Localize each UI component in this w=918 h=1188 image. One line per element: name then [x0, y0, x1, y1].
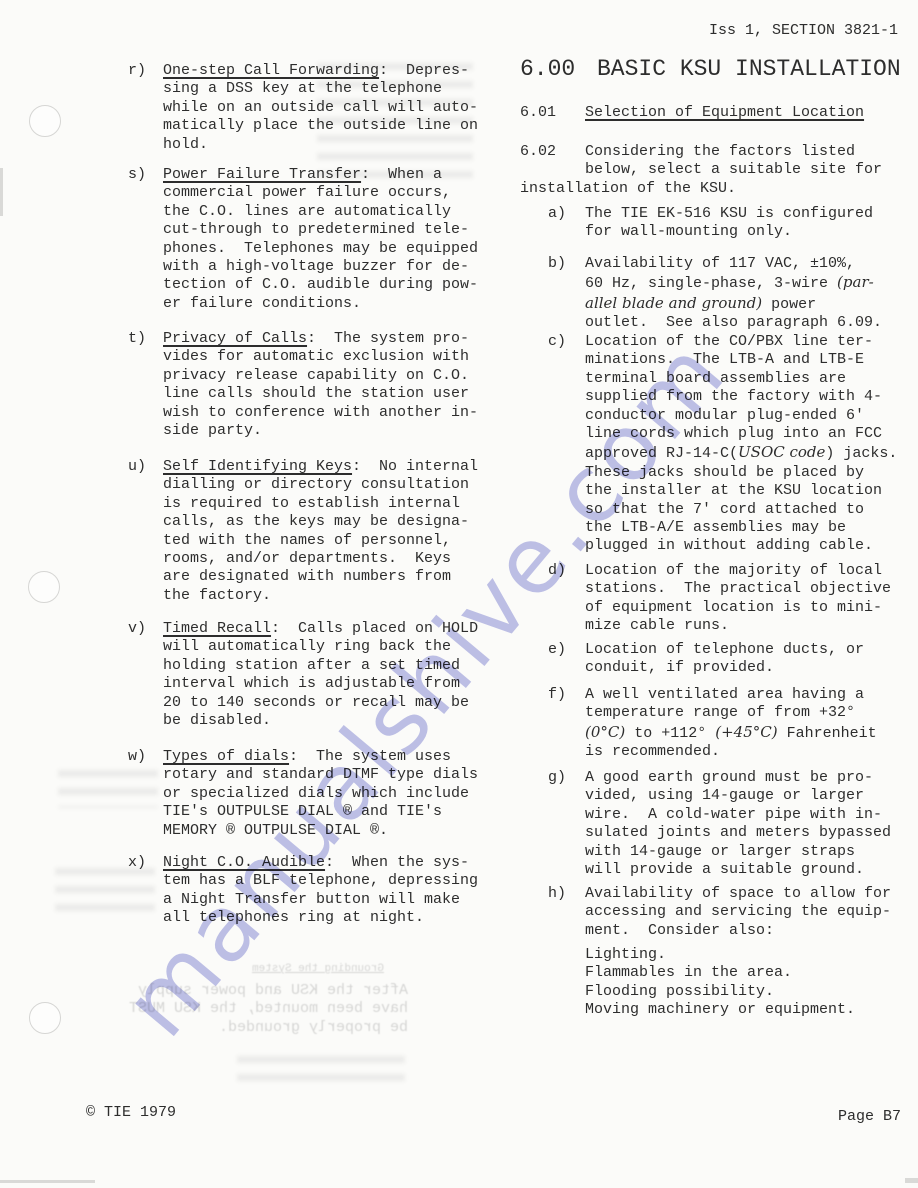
scan-edge-artifact	[0, 168, 3, 216]
text-line: outlet. See also paragraph 6.09.	[585, 314, 882, 332]
text-line: tection of C.O. audible during pow-	[163, 276, 478, 294]
text-line: Flammables in the area.	[585, 964, 855, 982]
paragraph-602: 6.02Considering the factors listed below…	[520, 143, 882, 198]
scan-edge-artifact	[905, 1178, 918, 1183]
text-line: accessing and servicing the equip-	[585, 903, 891, 921]
consider-list: Lighting.Flammables in the area.Flooding…	[585, 946, 855, 1020]
list-item-r: r) One-step Call Forwarding: Depres- sin…	[128, 62, 478, 154]
item-first-line: Power Failure Transfer: When a	[163, 166, 478, 184]
text-line: hold.	[163, 136, 478, 154]
item-lines: Availability of space to allow foraccess…	[585, 885, 891, 940]
item-first-line: Night C.O. Audible: When the sys-	[163, 854, 478, 872]
item-lines: Location of telephone ducts, orconduit, …	[585, 641, 864, 678]
list-item-h: h) Availability of space to allow foracc…	[548, 885, 891, 940]
item-letter: f)	[548, 686, 585, 762]
text-line: will provide a suitable ground.	[585, 861, 891, 879]
text-line: 60 Hz, single-phase, 3-wire (par-	[585, 273, 882, 293]
text-line: phones. Telephones may be equipped	[163, 240, 478, 258]
list-item-b: b) Availability of 117 VAC, ±10%,60 Hz, …	[548, 255, 882, 333]
text-line: are designated with numbers from	[163, 568, 478, 586]
text-line: ted with the names of personnel,	[163, 532, 478, 550]
text-line: rotary and standard DTMF type dials	[163, 766, 478, 784]
text-line: The TIE EK-516 KSU is configured	[585, 205, 873, 223]
item-letter: v)	[128, 620, 163, 730]
text-line: vided, using 14-gauge or larger	[585, 787, 891, 805]
text-line: allel blade and ground) power	[585, 294, 882, 314]
text-line: Location of the majority of local	[585, 562, 891, 580]
text-line: dialling or directory consultation	[163, 476, 478, 494]
bleed-through-text: After the KSU and power supplyhave been …	[233, 982, 408, 1037]
item-letter: t)	[128, 330, 163, 440]
item-letter: x)	[128, 854, 163, 928]
text-line: with a high-voltage buzzer for de-	[163, 258, 478, 276]
sub-heading-title: Selection of Equipment Location	[585, 104, 864, 122]
text-line: interval which is adjustable from	[163, 675, 478, 693]
text-line: conductor modular plug-ended 6'	[585, 407, 897, 425]
text-line: is required to establish internal	[163, 495, 478, 513]
text-line: Location of the CO/PBX line ter-	[585, 333, 897, 351]
item-letter: g)	[548, 769, 585, 879]
text-line: with 14-gauge or larger straps	[585, 843, 891, 861]
page-number: Page B7	[838, 1108, 901, 1126]
text-line: rooms, and/or departments. Keys	[163, 550, 478, 568]
text-line: matically place the outside line on	[163, 117, 478, 135]
text-line: stations. The practical objective	[585, 580, 891, 598]
text-line: Location of telephone ducts, or	[585, 641, 864, 659]
text-line: Moving machinery or equipment.	[585, 1001, 855, 1019]
text-line: vides for automatic exclusion with	[163, 348, 478, 366]
item-first-line: Self Identifying Keys: No internal	[163, 458, 478, 476]
text-line: conduit, if provided.	[585, 659, 864, 677]
text-line: Flooding possibility.	[585, 983, 855, 1001]
text-line: a Night Transfer button will make	[163, 891, 478, 909]
text-line: After the KSU and power supply	[233, 982, 408, 1000]
list-item-u: u) Self Identifying Keys: No internal di…	[128, 458, 478, 605]
list-item-x: x) Night C.O. Audible: When the sys- tem…	[128, 854, 478, 928]
text-line: ment. Consider also:	[585, 922, 891, 940]
item-first-line: Types of dials: The system uses	[163, 748, 478, 766]
item-letter: w)	[128, 748, 163, 840]
item-first-line: Timed Recall: Calls placed on HOLD	[163, 620, 478, 638]
text-line: will automatically ring back the	[163, 638, 478, 656]
item-letter: h)	[548, 885, 585, 940]
text-line: er failure conditions.	[163, 295, 478, 313]
text-line: cut-through to predetermined tele-	[163, 221, 478, 239]
text-line: MEMORY ® OUTPULSE DIAL ®.	[163, 822, 478, 840]
text-line: be properly grounded.	[233, 1019, 408, 1037]
list-item-f: f) A well ventilated area having atemper…	[548, 686, 877, 762]
text-line: minations. The LTB-A and LTB-E	[585, 351, 897, 369]
text-line: calls, as the keys may be designa-	[163, 513, 478, 531]
text-line: be disabled.	[163, 712, 478, 730]
text-line: terminal board assemblies are	[585, 370, 897, 388]
item-lines: vides for automatic exclusion withprivac…	[163, 348, 478, 440]
text-line: A good earth ground must be pro-	[585, 769, 891, 787]
section-heading: 6.00 BASIC KSU INSTALLATION	[520, 56, 901, 82]
text-line: so that the 7' cord attached to	[585, 501, 897, 519]
text-line: line calls should the station user	[163, 385, 478, 403]
item-lines: Location of the CO/PBX line ter-mination…	[585, 333, 897, 556]
punch-hole	[29, 1002, 61, 1034]
section-title: BASIC KSU INSTALLATION	[597, 56, 901, 82]
text-line: Availability of 117 VAC, ±10%,	[585, 255, 882, 273]
text-line: wish to conference with another in-	[163, 404, 478, 422]
text-line: 20 to 140 seconds or recall may be	[163, 694, 478, 712]
item-letter: u)	[128, 458, 163, 605]
item-letter: s)	[128, 166, 163, 313]
text-line: the LTB-A/E assemblies may be	[585, 519, 897, 537]
text-line: all telephones ring at night.	[163, 909, 478, 927]
text-line: wire. A cold-water pipe with in-	[585, 806, 891, 824]
list-item-t: t) Privacy of Calls: The system pro- vid…	[128, 330, 478, 440]
item-lines: Availability of 117 VAC, ±10%,60 Hz, sin…	[585, 255, 882, 333]
text-line: the installer at the KSU location	[585, 482, 897, 500]
item-lines: commercial power failure occurs,the C.O.…	[163, 184, 478, 313]
text-line: supplied from the factory with 4-	[585, 388, 897, 406]
text-line: holding station after a set timed	[163, 657, 478, 675]
item-lines: sing a DSS key at the telephonewhile on …	[163, 80, 478, 154]
item-letter: r)	[128, 62, 163, 154]
list-item-w: w) Types of dials: The system uses rotar…	[128, 748, 478, 840]
text-line: sing a DSS key at the telephone	[163, 80, 478, 98]
section-number: 6.00	[520, 56, 597, 82]
item-lines: A good earth ground must be pro-vided, u…	[585, 769, 891, 879]
text-line: line cords which plug into an FCC	[585, 425, 897, 443]
item-first-line: Privacy of Calls: The system pro-	[163, 330, 478, 348]
text-line: the C.O. lines are automatically	[163, 203, 478, 221]
item-lines: tem has a BLF telephone, depressinga Nig…	[163, 872, 478, 927]
text-line: mize cable runs.	[585, 617, 891, 635]
sub-heading: 6.01 Selection of Equipment Location	[520, 104, 864, 122]
bleed-through-block	[237, 1056, 405, 1092]
item-letter: e)	[548, 641, 585, 678]
text-line: have been mounted, the KSU MUST	[233, 1000, 408, 1018]
text-line: while on an outside call will auto-	[163, 99, 478, 117]
item-lines: Location of the majority of localstation…	[585, 562, 891, 636]
text-line: for wall-mounting only.	[585, 223, 873, 241]
text-line: Lighting.	[585, 946, 855, 964]
text-line: temperature range of from +32°	[585, 704, 877, 722]
text-line: commercial power failure occurs,	[163, 184, 478, 202]
list-item-g: g) A good earth ground must be pro-vided…	[548, 769, 891, 879]
text-line: These jacks should be placed by	[585, 464, 897, 482]
text-line: tem has a BLF telephone, depressing	[163, 872, 478, 890]
punch-hole	[29, 105, 61, 137]
list-item-e: e) Location of telephone ducts, orcondui…	[548, 641, 864, 678]
text-line: of equipment location is to mini-	[585, 599, 891, 617]
item-letter: c)	[548, 333, 585, 556]
scan-edge-artifact	[0, 1180, 95, 1183]
item-first-line: One-step Call Forwarding: Depres-	[163, 62, 478, 80]
copyright-notice: © TIE 1979	[86, 1104, 176, 1122]
item-letter: a)	[548, 205, 585, 242]
text-line: TIE's OUTPULSE DIAL ® and TIE's	[163, 803, 478, 821]
list-item-c: c) Location of the CO/PBX line ter-minat…	[548, 333, 897, 556]
document-page: Grounding the System After the KSU and p…	[0, 0, 918, 1188]
item-letter: b)	[548, 255, 585, 333]
list-item-s: s) Power Failure Transfer: When a commer…	[128, 166, 478, 313]
item-letter: d)	[548, 562, 585, 636]
sub-heading-number: 6.01	[520, 104, 585, 122]
text-line: sulated joints and meters bypassed	[585, 824, 891, 842]
list-item-d: d) Location of the majority of localstat…	[548, 562, 891, 636]
list-item-v: v) Timed Recall: Calls placed on HOLD wi…	[128, 620, 478, 730]
item-lines: dialling or directory consultationis req…	[163, 476, 478, 605]
text-line: privacy release capability on C.O.	[163, 367, 478, 385]
page-header: Iss 1, SECTION 3821-1	[709, 22, 898, 40]
item-lines: A well ventilated area having atemperatu…	[585, 686, 877, 762]
text-line: the factory.	[163, 587, 478, 605]
item-lines: rotary and standard DTMF type dialsor sp…	[163, 766, 478, 840]
item-lines: The TIE EK-516 KSU is configuredfor wall…	[585, 205, 873, 242]
text-line: or specialized dials which include	[163, 785, 478, 803]
text-line: (0°C) to +112° (+45°C) Fahrenheit	[585, 723, 877, 743]
punch-hole	[28, 571, 60, 603]
text-line: A well ventilated area having a	[585, 686, 877, 704]
text-line: plugged in without adding cable.	[585, 537, 897, 555]
item-lines: will automatically ring back theholding …	[163, 638, 478, 730]
list-item-a: a) The TIE EK-516 KSU is configuredfor w…	[548, 205, 873, 242]
text-line: is recommended.	[585, 743, 877, 761]
text-line: approved RJ-14-C(USOC code) jacks.	[585, 443, 897, 463]
text-line: side party.	[163, 422, 478, 440]
text-line: Availability of space to allow for	[585, 885, 891, 903]
